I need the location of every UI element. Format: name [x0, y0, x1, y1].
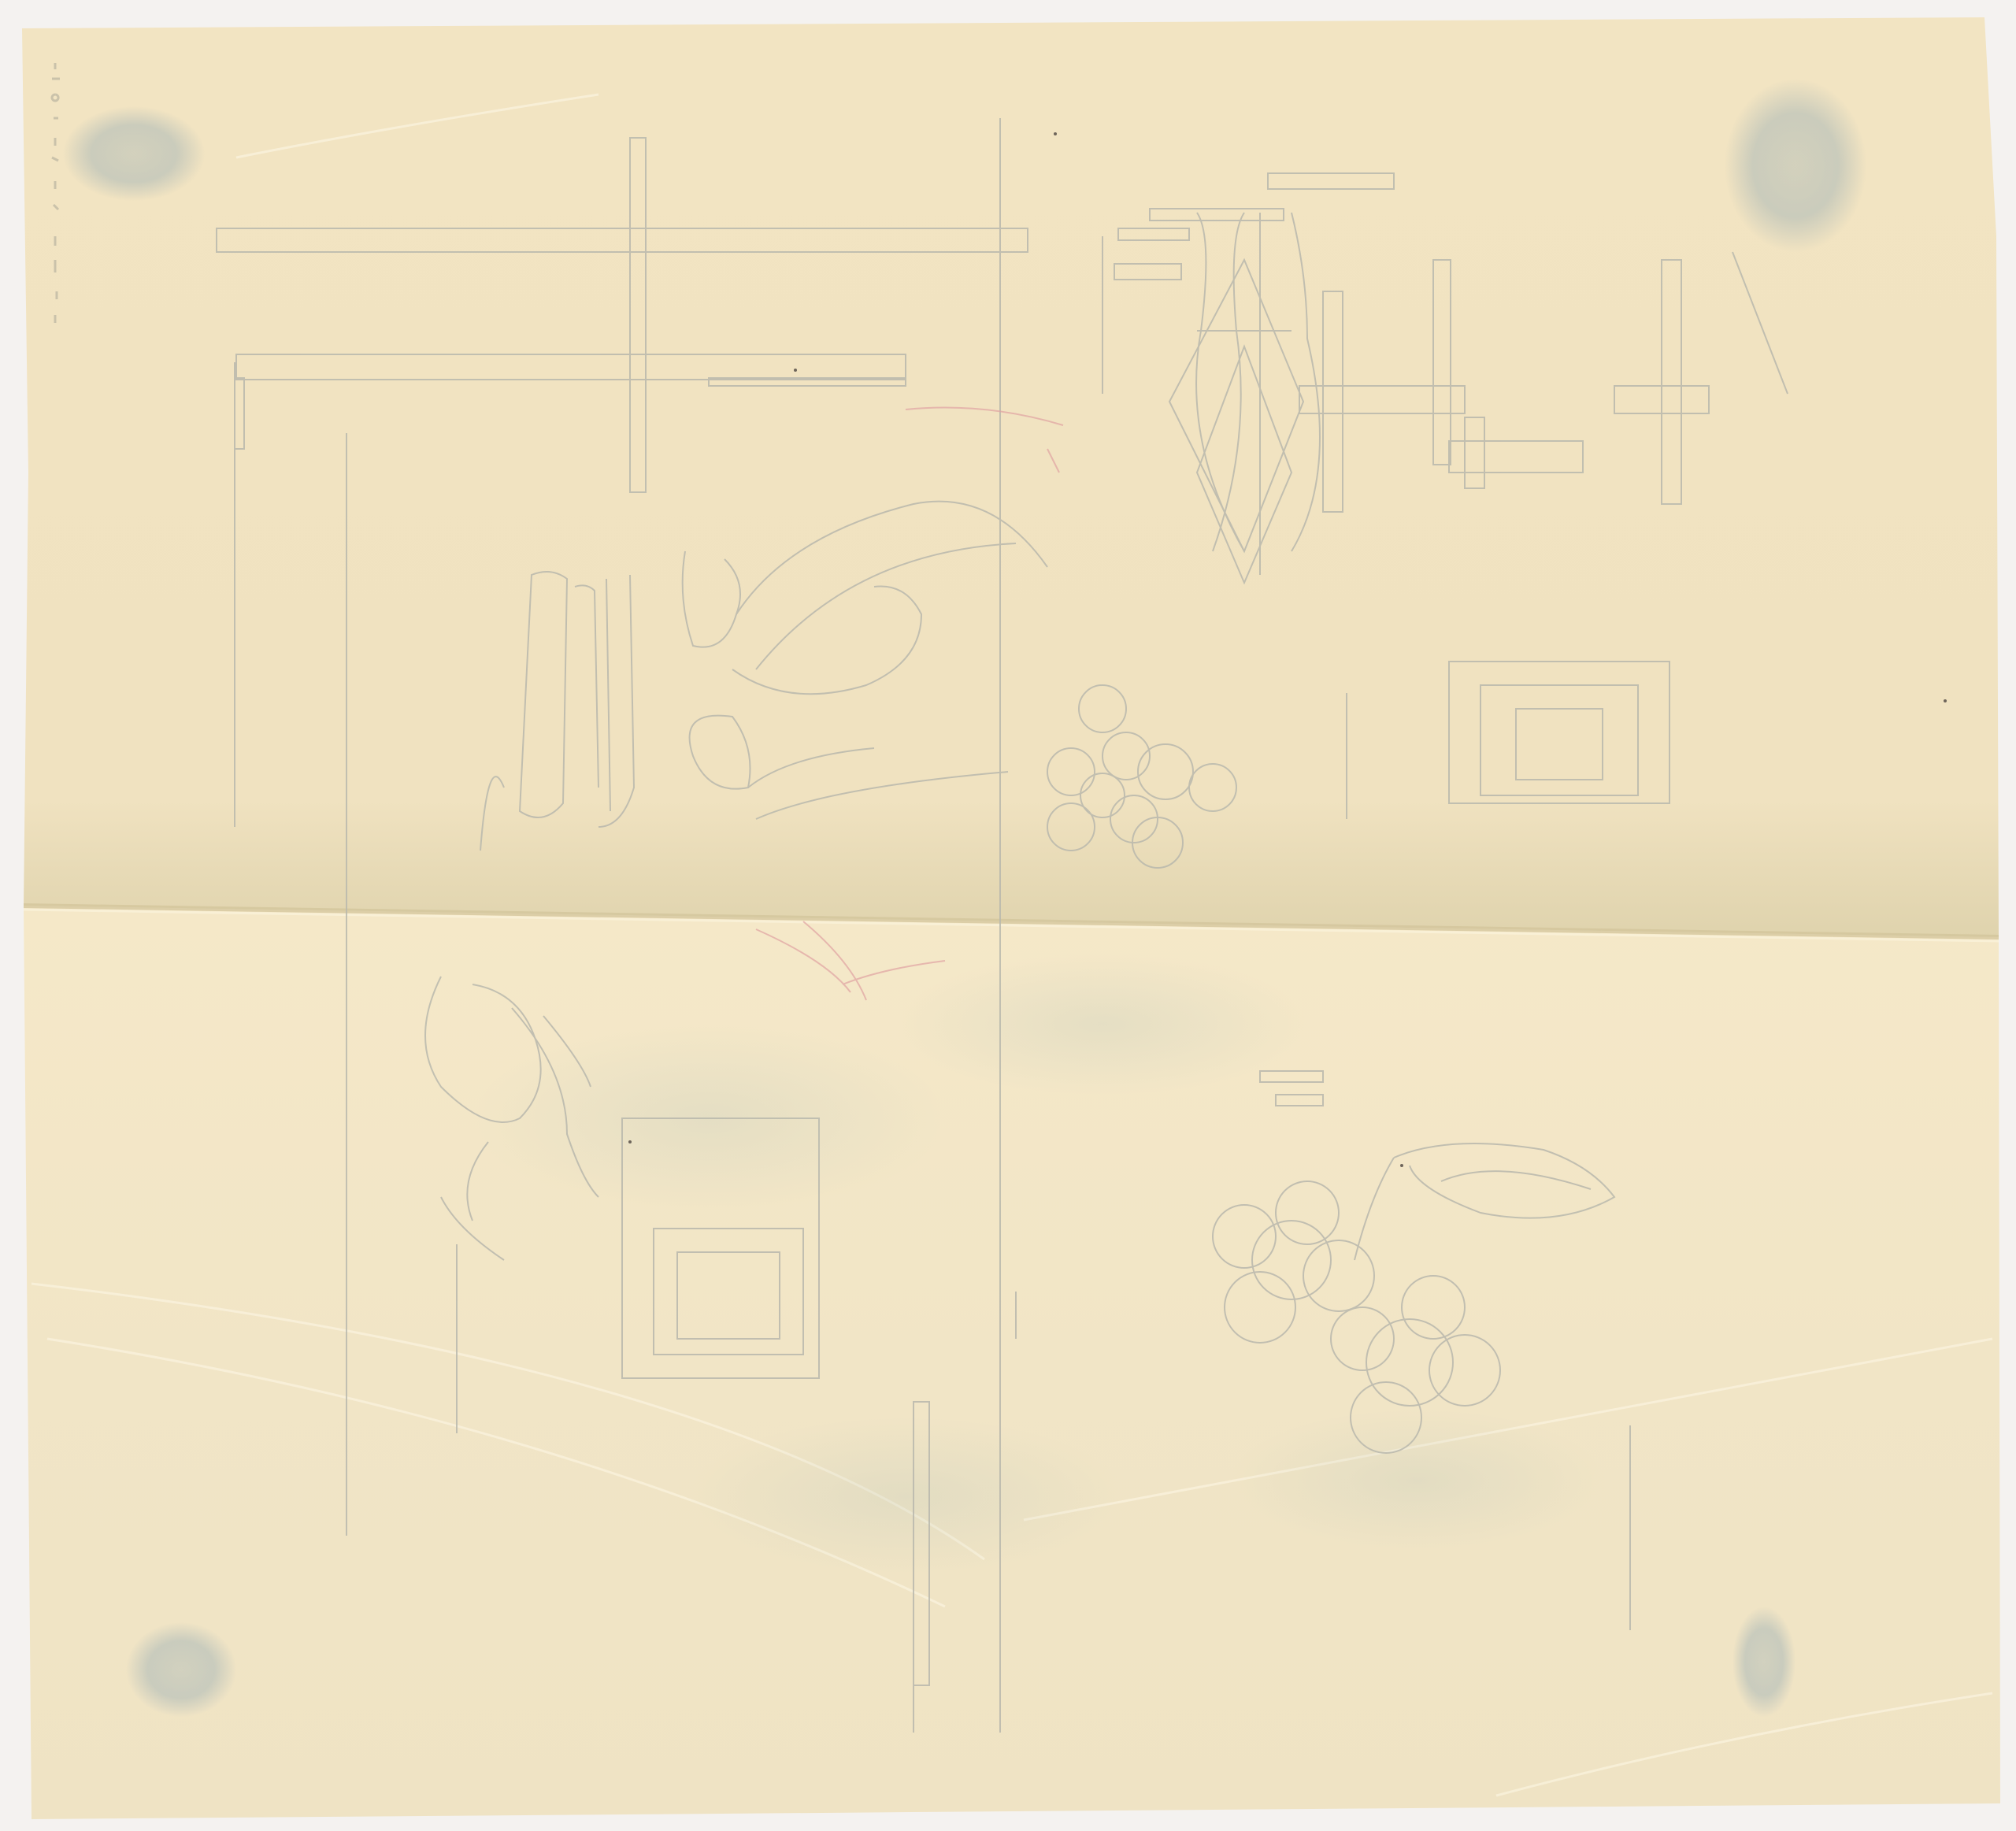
paper-upper-half [22, 17, 1999, 937]
tracing-paper-sheet [0, 0, 2016, 1831]
